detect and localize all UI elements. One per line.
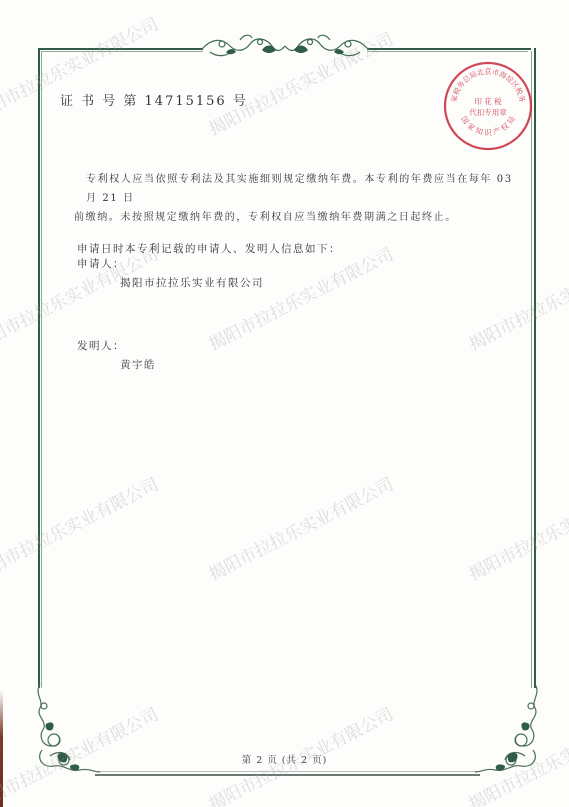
frame-bottom-line: [95, 774, 480, 776]
frame-bottom-inner-line: [95, 771, 480, 772]
certificate-page: 揭阳市拉拉乐实业有限公司 揭阳市拉拉乐实业有限公司 揭阳市拉拉乐实业有限公司 揭…: [0, 0, 569, 807]
annual-fee-notice: 专利权人应当依照专利法及其实施细则规定缴纳年费。本专利的年费应当在每年 03 月…: [74, 170, 524, 227]
watermark: 揭阳市拉拉乐实业有限公司: [0, 470, 162, 585]
frame-left-line: [38, 48, 40, 688]
page-edge-shadow: [0, 690, 3, 807]
watermark: 揭阳市拉拉乐实业有限公司: [204, 470, 397, 585]
fee-notice-line2: 前缴纳。未按照规定缴纳年费的，专利权自应当缴纳年费期满之日起终止。: [74, 208, 524, 227]
applicant-name: 揭阳市拉拉乐实业有限公司: [120, 275, 264, 290]
svg-text:国 家 知 识 产 权 局: 国 家 知 识 产 权 局: [459, 115, 517, 138]
watermark: 揭阳市拉拉乐实业有限公司: [204, 240, 397, 355]
frame-top-right-line: [367, 48, 531, 50]
watermark: 揭阳市拉拉乐实业有限公司: [464, 240, 569, 355]
seal-center-line1: 印 花 税: [474, 96, 502, 106]
frame-left-inner-line: [41, 51, 42, 688]
official-seal-stamp: 国家税务总局北京市海淀区税务局 印 花 税 代扣专用章 国 家 知 识 产 权 …: [442, 60, 534, 152]
inventor-label: 发明人：: [77, 338, 125, 353]
watermark: 揭阳市拉拉乐实业有限公司: [464, 470, 569, 585]
page-number-footer: 第 2 页 (共 2 页): [0, 752, 569, 766]
inventor-name: 黄宇皓: [120, 357, 156, 372]
seal-center-line2: 代扣专用章: [469, 107, 507, 117]
seal-bottom-text: 国 家 知 识 产 权 局: [459, 115, 517, 138]
top-flourish-ornament-icon: [200, 30, 370, 62]
frame-top-right-inner-line: [367, 51, 528, 52]
applicant-label: 申请人：: [77, 256, 125, 271]
frame-top-left-line: [38, 48, 203, 50]
frame-top-left-inner-line: [41, 51, 203, 52]
frame-right-line: [534, 48, 536, 688]
certificate-number: 证 书 号 第 14715156 号: [60, 90, 248, 109]
info-intro-text: 申请日时本专利记载的申请人、发明人信息如下：: [77, 241, 341, 256]
fee-notice-line1: 专利权人应当依照专利法及其实施细则规定缴纳年费。本专利的年费应当在每年 03 月…: [74, 170, 524, 208]
